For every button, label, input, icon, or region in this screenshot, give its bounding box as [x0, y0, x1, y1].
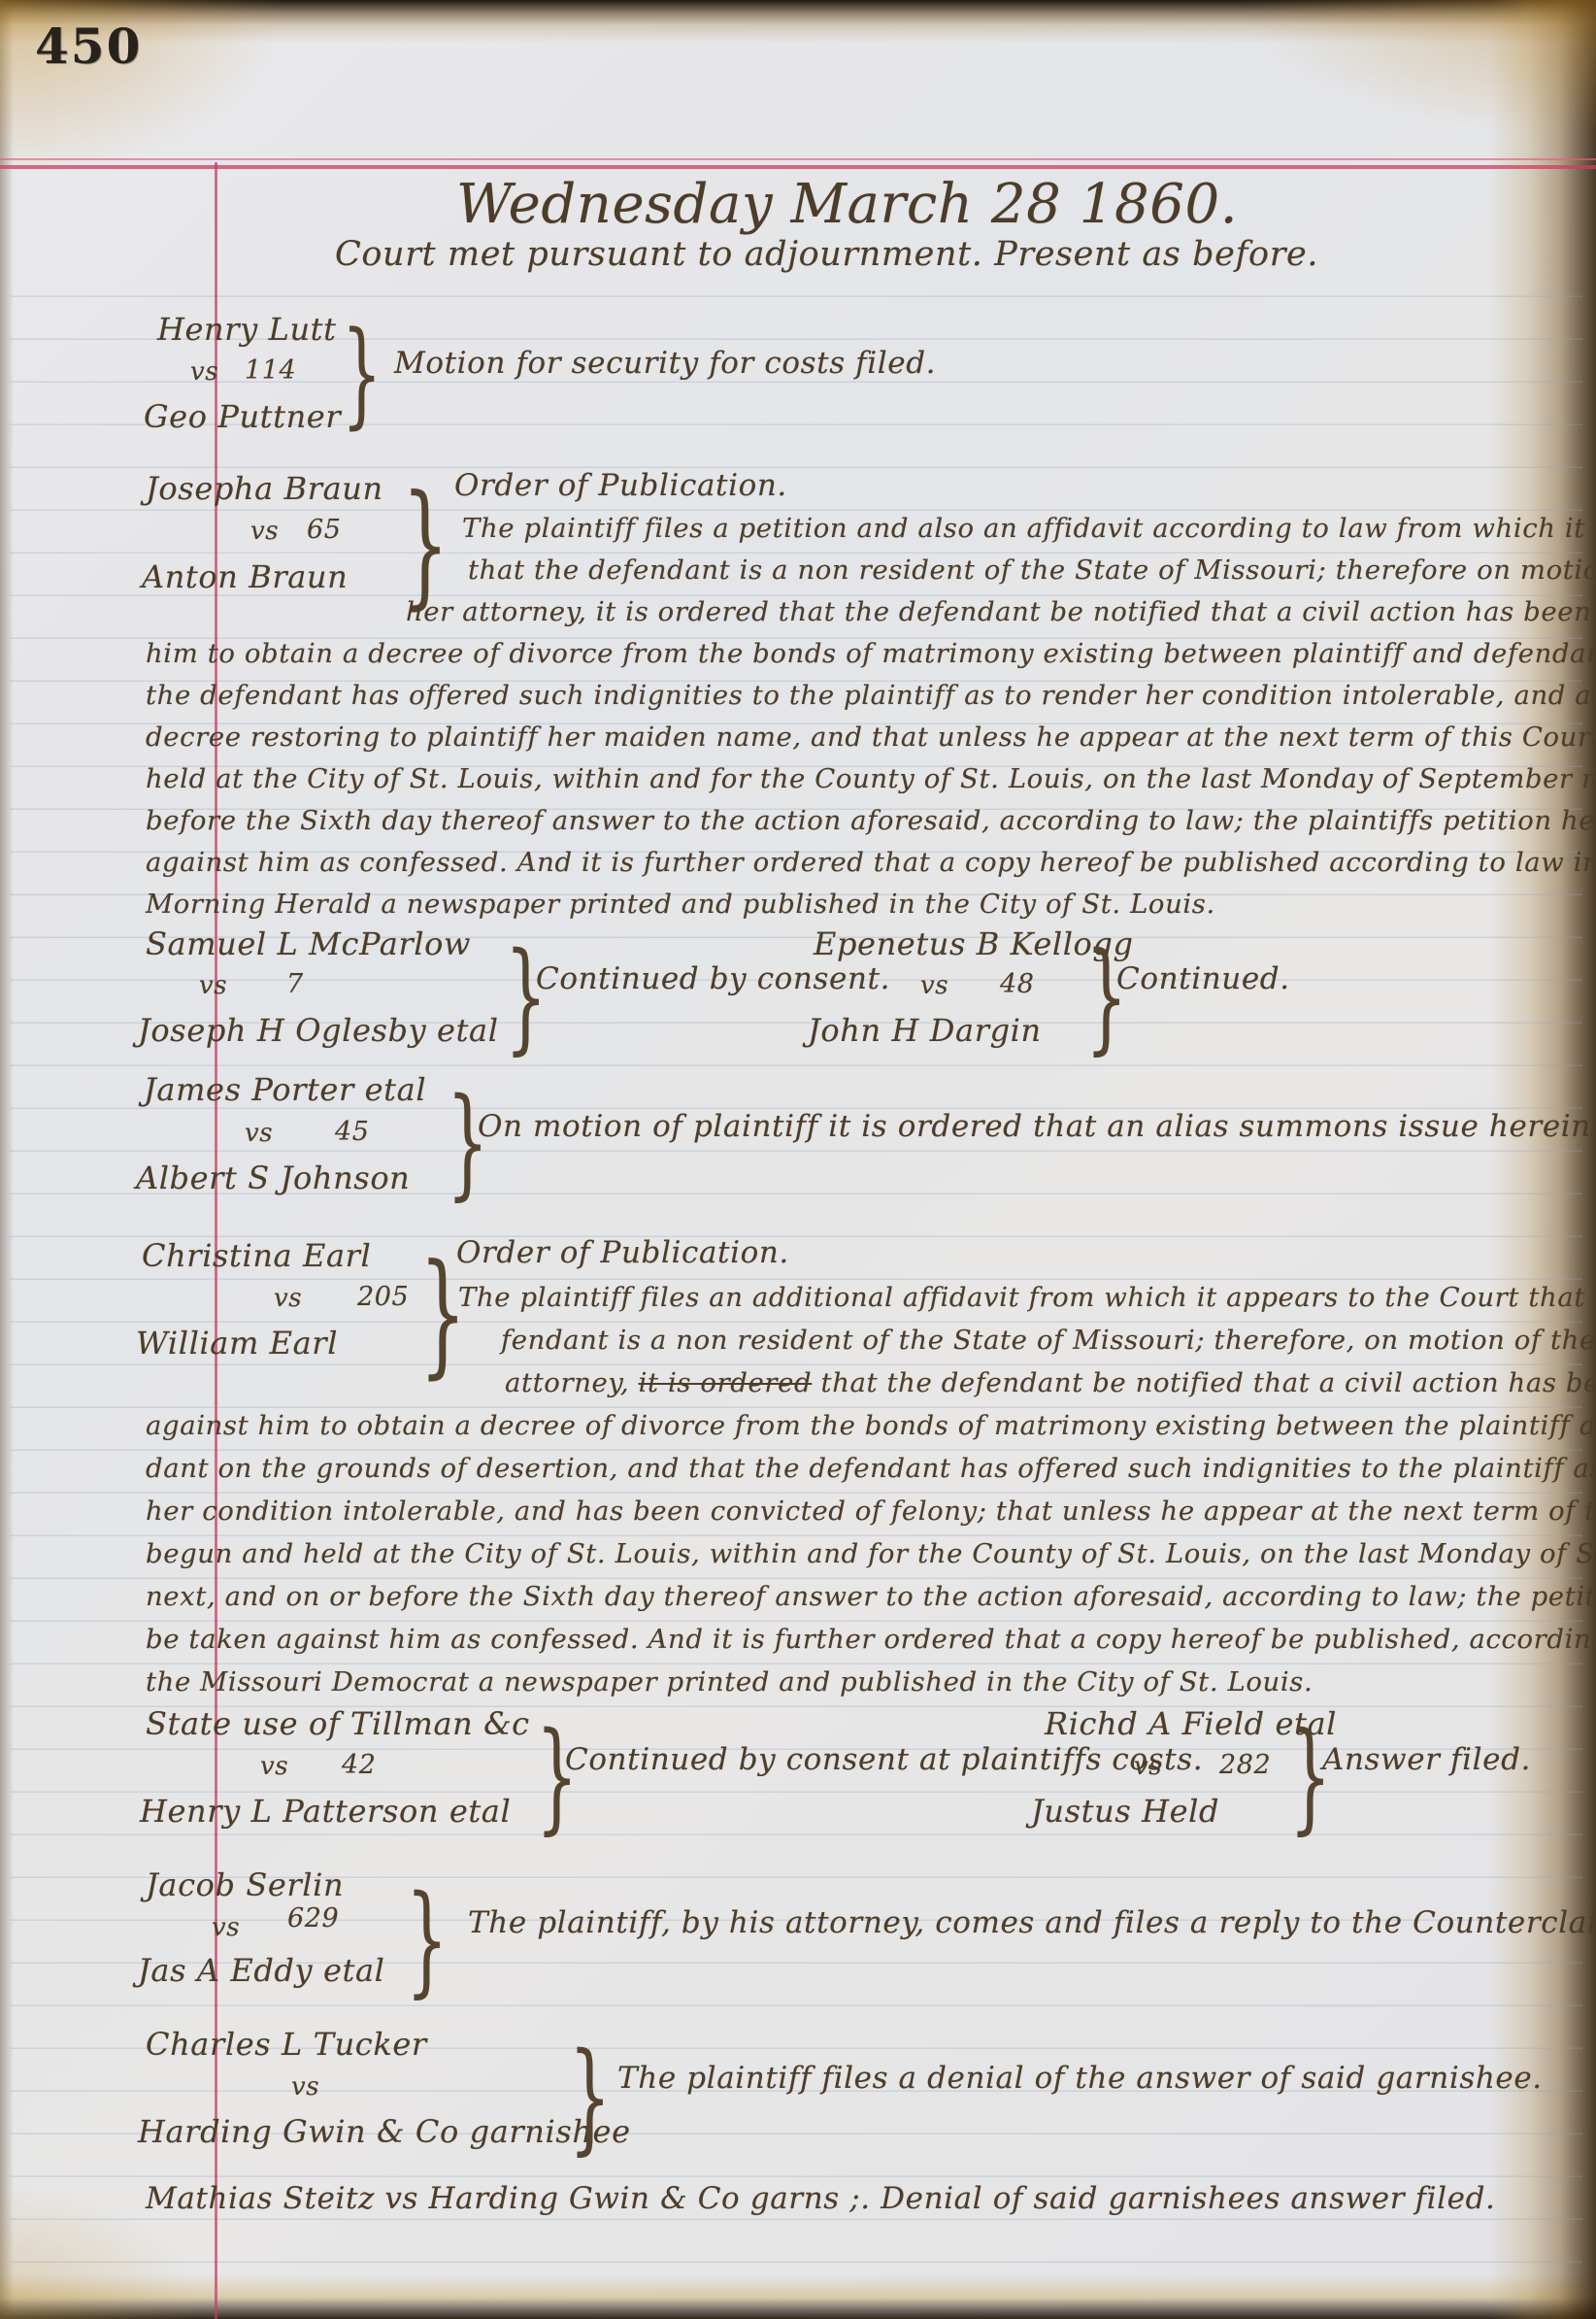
paragraph-line: held at the City of St. Louis, within an… — [146, 763, 1596, 794]
page-title: Wednesday March 28 1860. — [456, 173, 1238, 236]
brace-icon: } — [406, 1880, 448, 2000]
correction-after: that the defendant be notified that a ci… — [812, 1367, 1596, 1398]
entry-defendant: Harding Gwin & Co garnishee — [138, 2113, 631, 2150]
paragraph-line: fendant is a non resident of the State o… — [501, 1325, 1596, 1356]
entry-defendant: Joseph H Oglesby etal — [138, 1012, 499, 1049]
paragraph-line: her attorney, it is ordered that the def… — [406, 596, 1596, 627]
brace-icon: } — [402, 478, 449, 612]
entry-defendant: Jas A Eddy etal — [138, 1952, 384, 1989]
entry-defendant: Henry L Patterson etal — [140, 1793, 511, 1830]
entry-order-text: Continued by consent. — [536, 961, 890, 996]
entry-vs-label: vs — [245, 1119, 273, 1148]
entry-order-text: The plaintiff files a denial of the answ… — [617, 2061, 1543, 2096]
entry-order-text: On motion of plaintiff it is ordered tha… — [478, 1109, 1596, 1144]
entry-plaintiff: Jacob Serlin — [146, 1866, 344, 1903]
entry-plaintiff: Josepha Braun — [146, 470, 383, 507]
entry-defendant: Albert S Johnson — [136, 1159, 410, 1196]
entry-case-number: 42 — [342, 1750, 377, 1780]
entry-case-number: 114 — [245, 355, 296, 386]
entry-order-heading: Order of Publication. — [454, 468, 787, 503]
entry-defendant: Geo Puttner — [144, 398, 341, 435]
entry-vs-label: vs — [250, 517, 279, 546]
paragraph-line: before the Sixth day thereof answer to t… — [146, 805, 1596, 836]
entry-order-text: The plaintiff, by his attorney, comes an… — [468, 1905, 1596, 1940]
entry-vs-label: vs — [920, 971, 948, 1000]
entry-order-heading: Order of Publication. — [456, 1235, 789, 1270]
entry-plaintiff: Christina Earl — [142, 1237, 371, 1274]
entry-vs-label: vs — [190, 357, 218, 386]
paragraph-line: the Missouri Democrat a newspaper printe… — [146, 1666, 1313, 1697]
paragraph-line-corrected: attorney, it is ordered that the defenda… — [505, 1367, 1596, 1398]
paragraph-line: against him as confessed. And it is furt… — [146, 847, 1596, 878]
entry-order-text: Continued. — [1116, 961, 1290, 996]
entry-vs-label: vs — [274, 1284, 302, 1313]
paragraph-line: the defendant has offered such indigniti… — [146, 680, 1596, 711]
paragraph-line: next, and on or before the Sixth day the… — [146, 1581, 1596, 1612]
entry-plaintiff: Henry Lutt — [157, 311, 337, 348]
header-rule-pink-bottom — [0, 165, 1596, 169]
brace-icon: } — [505, 937, 547, 1058]
docket-line: Mathias Steitz vs Harding Gwin & Co garn… — [146, 2181, 1496, 2216]
paragraph-line: The plaintiff files a petition and also … — [462, 513, 1596, 544]
entry-case-number: 282 — [1219, 1750, 1271, 1780]
paragraph-line: be taken against him as confessed. And i… — [146, 1624, 1596, 1655]
correction-before: attorney, — [505, 1367, 639, 1398]
paragraph-line: The plaintiff files an additional affida… — [458, 1282, 1596, 1313]
entry-defendant: John H Dargin — [808, 1012, 1042, 1049]
paragraph-line: decree restoring to plaintiff her maiden… — [146, 722, 1596, 753]
paragraph-line: him to obtain a decree of divorce from t… — [146, 638, 1596, 669]
brace-icon: } — [536, 1717, 578, 1837]
entry-case-number: 45 — [335, 1117, 370, 1147]
entry-order-text: Motion for security for costs filed. — [394, 346, 936, 381]
brace-icon: } — [1085, 937, 1127, 1058]
ledger-page: 450 Wednesday March 28 1860. Court met p… — [0, 0, 1596, 2319]
paragraph-line: her condition intolerable, and has been … — [146, 1496, 1596, 1527]
entry-defendant: Justus Held — [1031, 1793, 1219, 1830]
entry-case-number: 65 — [307, 515, 342, 545]
entry-plaintiff: State use of Tillman &c — [146, 1705, 530, 1742]
entry-vs-label: vs — [260, 1752, 288, 1781]
entry-case-number: 48 — [1000, 969, 1035, 999]
entry-case-number: 205 — [357, 1282, 409, 1312]
entry-defendant: Anton Braun — [142, 558, 348, 595]
page-number: 450 — [35, 17, 142, 75]
paragraph-line: dant on the grounds of desertion, and th… — [146, 1453, 1596, 1484]
entry-defendant: William Earl — [136, 1325, 338, 1361]
entry-case-number: 629 — [287, 1903, 339, 1933]
brace-icon: } — [569, 2037, 611, 2158]
correction-struck-text: it is ordered — [639, 1367, 813, 1398]
entry-plaintiff: James Porter etal — [144, 1071, 426, 1108]
brace-icon: } — [342, 316, 382, 430]
entry-vs-label: vs — [291, 2072, 319, 2101]
entry-case-number: 7 — [286, 969, 304, 999]
page-subtitle: Court met pursuant to adjournment. Prese… — [335, 235, 1318, 274]
paragraph-line: begun and held at the City of St. Louis,… — [146, 1538, 1596, 1569]
entry-plaintiff: Charles L Tucker — [146, 2026, 427, 2063]
entry-vs-label: vs — [199, 971, 227, 1000]
entry-vs-label: vs — [212, 1913, 240, 1942]
brace-icon: } — [1289, 1717, 1331, 1837]
paragraph-line: against him to obtain a decree of divorc… — [146, 1410, 1596, 1441]
entry-order-text: Continued by consent at plaintiffs costs… — [565, 1742, 1203, 1777]
entry-vs-label: vs — [1134, 1752, 1162, 1781]
entry-plaintiff: Samuel L McParlow — [146, 925, 471, 962]
paragraph-line: Morning Herald a newspaper printed and p… — [146, 889, 1215, 920]
paragraph-line: that the defendant is a non resident of … — [468, 555, 1596, 586]
header-rule-pink-top — [0, 158, 1596, 160]
entry-order-text: Answer filed. — [1322, 1742, 1531, 1777]
